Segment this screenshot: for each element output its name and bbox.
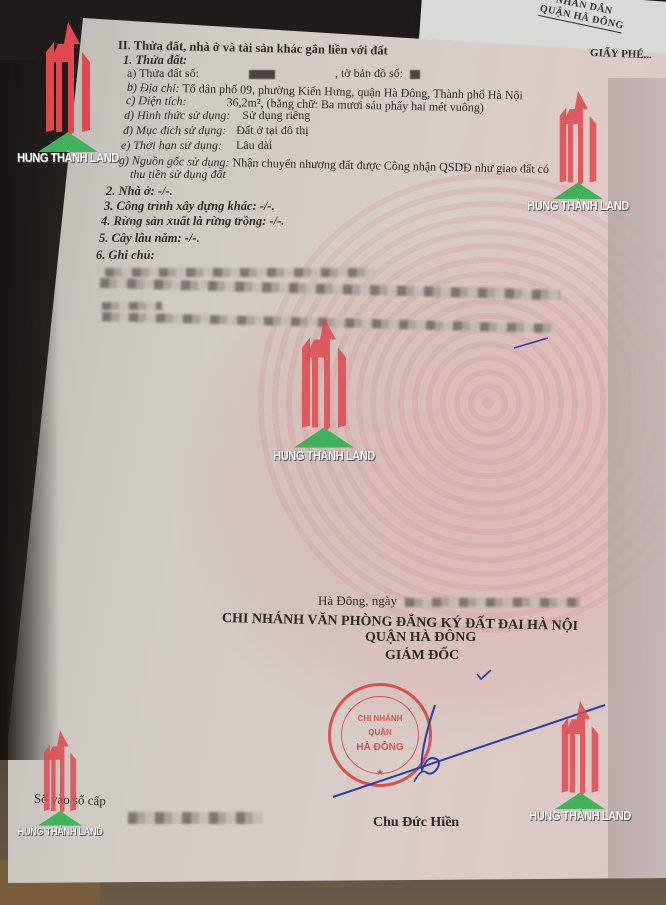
purpose-row: đ) Mục đích sử dụng: Đất ở tại đô thị bbox=[123, 123, 309, 137]
watermark-logo: HUNG THÀNH LAND bbox=[8, 22, 128, 165]
notes-redacted-line-3 bbox=[102, 302, 162, 310]
land-heading: 1. Thửa đất: bbox=[123, 53, 187, 67]
term-row: e) Thời hạn sử dụng: Lâu dài bbox=[121, 138, 272, 152]
notes-redacted-line-2 bbox=[100, 278, 560, 300]
map-sheet-redacted bbox=[410, 70, 420, 79]
other-construction-row: 3. Công trình xây dựng khác: -/-. bbox=[104, 199, 275, 213]
watermark-logo: HUNG THÀNH LAND bbox=[264, 315, 384, 463]
parcel-number-redacted bbox=[249, 70, 275, 79]
house-row: 2. Nhà ở: -/-. bbox=[106, 184, 173, 198]
watermark-logo: HUNG THÀNH LAND bbox=[520, 700, 640, 823]
watermark-logo: HUNG THÀNH LAND bbox=[518, 90, 638, 213]
hung-thanh-logo-icon bbox=[38, 22, 98, 152]
notes-initial-mark bbox=[512, 336, 552, 350]
use-form-row: d) Hình thức sử dụng: Sử dụng riêng bbox=[124, 108, 310, 122]
origin-row-continued: thu tiền sử dụng đất bbox=[130, 167, 226, 181]
perennial-trees-row: 5. Cây lâu năm: -/-. bbox=[99, 231, 200, 245]
hung-thanh-logo-icon bbox=[38, 728, 82, 828]
hung-thanh-logo-icon bbox=[553, 90, 603, 200]
signer-title: GIÁM ĐỐC bbox=[385, 648, 459, 664]
date-redacted bbox=[405, 598, 580, 607]
signer-name: Chu Đức Hiền bbox=[373, 815, 459, 831]
notes-redacted-line-1 bbox=[105, 268, 375, 277]
issuing-agency-line-2: QUẬN HÀ ĐÔNG bbox=[365, 630, 476, 646]
right-page-heading: GIẤY PHÉ... bbox=[590, 46, 652, 62]
registration-number-redacted bbox=[128, 812, 263, 824]
notes-heading: 6. Ghi chú: bbox=[96, 248, 155, 262]
hung-thanh-logo-icon bbox=[555, 700, 605, 810]
production-forest-row: 4. Rừng sản xuất là rừng trồng: -/-. bbox=[101, 214, 284, 228]
watermark-logo: HUNG THÀNH LAND bbox=[0, 728, 120, 838]
hung-thanh-logo-icon bbox=[294, 315, 354, 450]
initial-mark bbox=[475, 668, 495, 682]
parcel-number-row: a) Thửa đất số: , tờ bản đồ số: bbox=[127, 66, 424, 80]
location-date: Hà Đông, ngày bbox=[318, 593, 397, 609]
